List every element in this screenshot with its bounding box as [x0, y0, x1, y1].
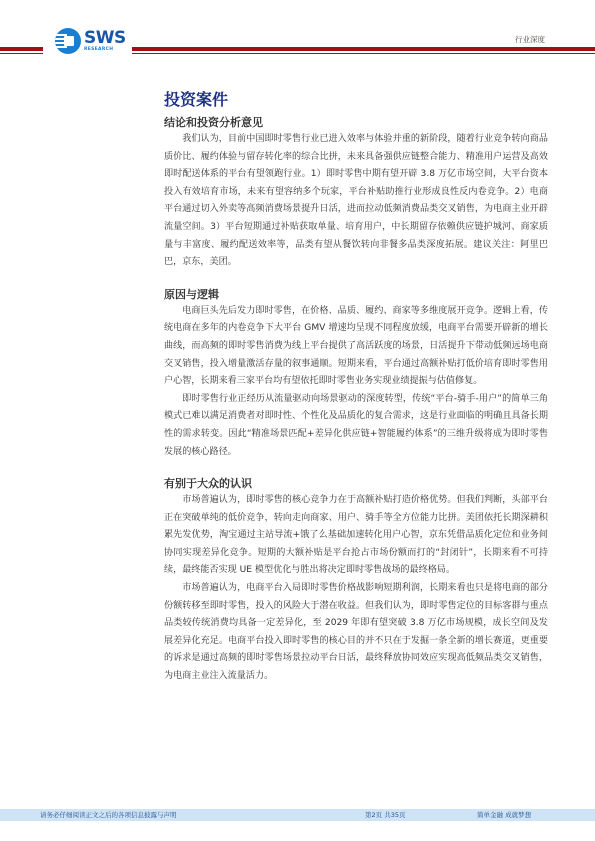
page-title: 投资案件: [164, 88, 548, 112]
report-body: 投资案件 结论和投资分析意见 我们认为，目前中国即时零售行业已进入效率与体验并重…: [164, 88, 548, 686]
header-rule-right: [132, 47, 595, 51]
logo-sub-text: RESEARCH: [84, 48, 126, 53]
section-heading: 原因与逻辑: [164, 286, 548, 303]
page-number: 第2页 共35页: [365, 810, 405, 820]
report-category-tag: 行业深度: [515, 34, 545, 45]
paragraph: 市场普遍认为，即时零售的核心竞争力在于高额补贴打造价格优势。但我们判断，头部平台…: [164, 492, 548, 580]
paragraph: 即时零售行业正经历从流量驱动向场景驱动的深度转型，传统“平台-骑手-用户”的简单…: [164, 391, 548, 461]
section-heading: 有别于大众的认识: [164, 475, 548, 492]
footer-disclaimer: 请务必仔细阅读正文之后的各项信息披露与声明: [40, 810, 177, 820]
page-footer: 请务必仔细阅读正文之后的各项信息披露与声明 第2页 共35页 简单金融 成就梦想: [0, 809, 595, 821]
header-rule-left-thin: [0, 53, 43, 54]
section-conclusion: 结论和投资分析意见 我们认为，目前中国即时零售行业已进入效率与体验并重的新阶段，…: [164, 114, 548, 272]
section-contrarian-view: 有别于大众的认识 市场普遍认为，即时零售的核心竞争力在于高额补贴打造价格优势。但…: [164, 475, 548, 686]
logo-globe-icon: [55, 28, 81, 54]
header-rule-right-thin: [132, 53, 595, 54]
section-reasoning: 原因与逻辑 电商巨头先后发力即时零售，在价格、品质、履约、商家等多维度展开竞争。…: [164, 286, 548, 461]
header-rule-left: [0, 47, 43, 51]
paragraph: 我们认为，目前中国即时零售行业已进入效率与体验并重的新阶段，随着行业竞争转向商品…: [164, 131, 548, 272]
logo-brand-text: SWS: [84, 30, 126, 47]
sws-research-logo: SWS RESEARCH: [55, 27, 127, 55]
footer-slogan: 简单金融 成就梦想: [477, 810, 531, 820]
section-heading: 结论和投资分析意见: [164, 114, 548, 131]
paragraph: 市场普遍认为，电商平台入局即时零售价格战影响短期利润，长期来看也只是将电商的部分…: [164, 580, 548, 686]
paragraph: 电商巨头先后发力即时零售，在价格、品质、履约、商家等多维度展开竞争。逻辑上看，传…: [164, 303, 548, 391]
